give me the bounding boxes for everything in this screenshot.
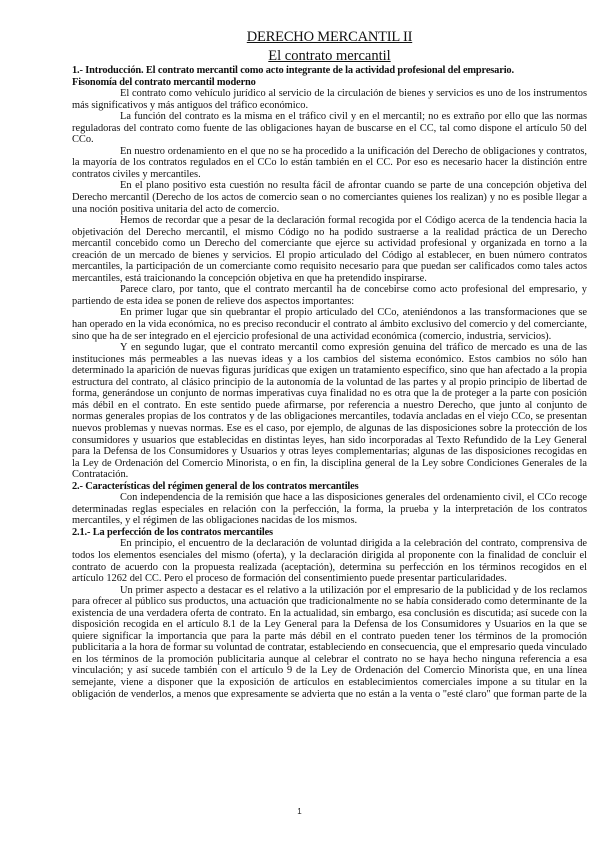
document-subtitle: El contrato mercantil <box>72 49 587 64</box>
paragraph: El contrato como vehículo jurídico al se… <box>72 88 587 111</box>
paragraph: La función del contrato es la misma en e… <box>72 111 587 146</box>
paragraph: Parece claro, por tanto, que el contrato… <box>72 284 587 307</box>
paragraph: En el plano positivo esta cuestión no re… <box>72 180 587 215</box>
paragraph: En principio, el encuentro de la declara… <box>72 538 587 584</box>
paragraph: Y en segundo lugar, que el contrato merc… <box>72 342 587 481</box>
page-number: 1 <box>0 807 599 816</box>
document-page: DERECHO MERCANTIL II El contrato mercant… <box>72 28 587 700</box>
section-1-heading-line2: Fisonomía del contrato mercantil moderno <box>72 77 587 89</box>
section-2-1-heading: 2.1.- La perfección de los contratos mer… <box>72 527 587 539</box>
paragraph: Un primer aspecto a destacar es el relat… <box>72 585 587 700</box>
paragraph: En primer lugar que sin quebrantar el pr… <box>72 307 587 342</box>
paragraph: Hemos de recordar que a pesar de la decl… <box>72 215 587 284</box>
section-2-heading: 2.- Características del régimen general … <box>72 481 587 493</box>
paragraph: Con independencia de la remisión que hac… <box>72 492 587 527</box>
paragraph: En nuestro ordenamiento en el que no se … <box>72 146 587 181</box>
section-1-heading-line1: 1.- Introducción. El contrato mercantil … <box>72 65 514 76</box>
document-title: DERECHO MERCANTIL II <box>72 28 587 46</box>
section-1-heading: 1.- Introducción. El contrato mercantil … <box>72 65 587 88</box>
